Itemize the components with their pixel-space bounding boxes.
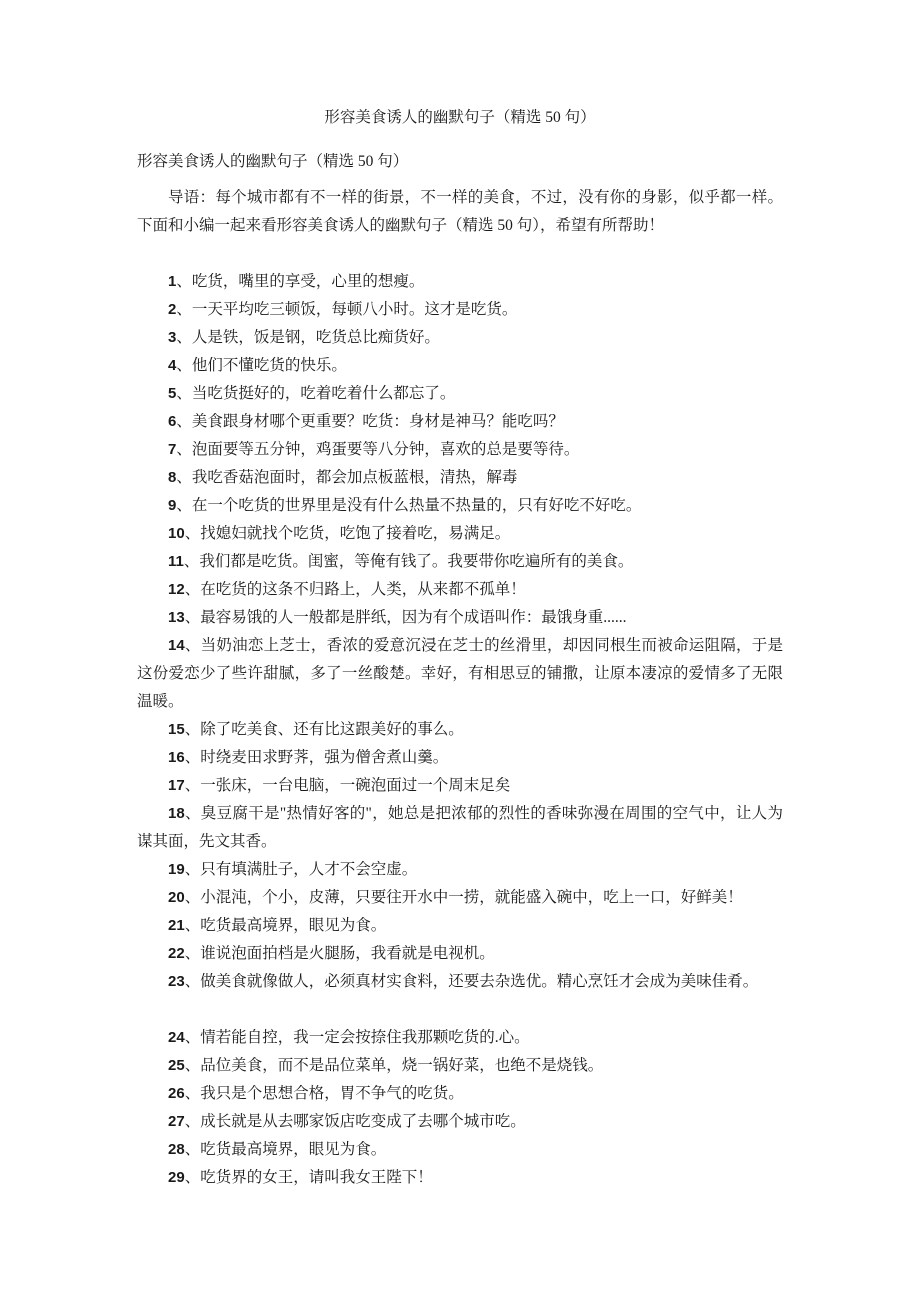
quote-item: 12、在吃货的这条不归路上，人类，从来都不孤单！ <box>137 576 783 604</box>
quote-item-number: 14 <box>168 637 185 654</box>
quote-item-number: 22 <box>168 945 185 962</box>
quote-item: 4、他们不懂吃货的快乐。 <box>137 352 783 380</box>
quote-item: 15、除了吃美食、还有比这跟美好的事么。 <box>137 716 783 744</box>
quote-item-number: 4 <box>168 357 176 374</box>
quote-item-number: 28 <box>168 1141 185 1158</box>
document-page: 形容美食诱人的幽默句子（精选 50 句） 形容美食诱人的幽默句子（精选 50 句… <box>0 0 920 1302</box>
quote-item-number: 23 <box>168 973 185 990</box>
quote-item: 22、谁说泡面拍档是火腿肠，我看就是电视机。 <box>137 940 783 968</box>
quote-item-number: 26 <box>168 1085 185 1102</box>
quote-item: 9、在一个吃货的世界里是没有什么热量不热量的，只有好吃不好吃。 <box>137 492 783 520</box>
quote-item: 14、当奶油恋上芝士，香浓的爱意沉浸在芝士的丝滑里，却因同根生而被命运阻隔，于是… <box>137 632 783 716</box>
quote-item-number: 12 <box>168 581 185 598</box>
quote-item: 28、吃货最高境界，眼见为食。 <box>137 1136 783 1164</box>
quote-item-number: 17 <box>168 777 185 794</box>
quote-item: 8、我吃香菇泡面时，都会加点板蓝根，清热，解毒 <box>137 464 783 492</box>
quote-item-number: 20 <box>168 889 185 906</box>
quote-item-number: 19 <box>168 861 185 878</box>
quote-item-number: 2 <box>168 301 176 318</box>
quote-item-number: 3 <box>168 329 176 346</box>
quote-item: 23、做美食就像做人，必须真材实食料，还要去杂选优。精心烹饪才会成为美味佳肴。 <box>137 968 783 996</box>
quote-item: 29、吃货界的女王，请叫我女王陛下！ <box>137 1164 783 1192</box>
quote-item: 20、小混沌，个小，皮薄，只要往开水中一捞，就能盛入碗中，吃上一口，好鲜美！ <box>137 884 783 912</box>
quote-item: 26、我只是个思想合格，胃不争气的吃货。 <box>137 1080 783 1108</box>
quote-item-number: 25 <box>168 1057 185 1074</box>
quote-item: 1、吃货，嘴里的享受，心里的想瘦。 <box>137 268 783 296</box>
quote-item: 19、只有填满肚子，人才不会空虚。 <box>137 856 783 884</box>
quote-item: 24、情若能自控，我一定会按捺住我那颗吃货的.心。 <box>137 1024 783 1052</box>
quote-item: 6、美食跟身材哪个更重要？吃货：身材是神马？能吃吗？ <box>137 408 783 436</box>
quote-item: 21、吃货最高境界，眼见为食。 <box>137 912 783 940</box>
quote-item: 27、成长就是从去哪家饭店吃变成了去哪个城市吃。 <box>137 1108 783 1136</box>
quote-item: 25、品位美食，而不是品位菜单，烧一锅好菜，也绝不是烧钱。 <box>137 1052 783 1080</box>
quote-item: 10、找媳妇就找个吃货，吃饱了接着吃，易满足。 <box>137 520 783 548</box>
document-subtitle: 形容美食诱人的幽默句子（精选 50 句） <box>137 148 783 176</box>
quote-item-number: 11 <box>168 553 184 570</box>
quote-item-number: 24 <box>168 1029 185 1046</box>
quote-item-number: 27 <box>168 1113 185 1130</box>
quote-item-number: 5 <box>168 385 176 402</box>
intro-paragraph: 导语：每个城市都有不一样的街景，不一样的美食，不过，没有你的身影，似乎都一样。下… <box>137 184 783 240</box>
quote-list: 1、吃货，嘴里的享受，心里的想瘦。2、一天平均吃三顿饭，每顿八小时。这才是吃货。… <box>137 268 783 1192</box>
quote-item: 3、人是铁，饭是钢，吃货总比痴货好。 <box>137 324 783 352</box>
quote-item-number: 6 <box>168 413 176 430</box>
quote-item: 18、臭豆腐干是"热情好客的"，她总是把浓郁的烈性的香味弥漫在周围的空气中，让人… <box>137 800 783 856</box>
quote-item-number: 18 <box>168 805 185 822</box>
quote-item: 2、一天平均吃三顿饭，每顿八小时。这才是吃货。 <box>137 296 783 324</box>
quote-item-number: 8 <box>168 469 176 486</box>
quote-item-number: 15 <box>168 721 185 738</box>
quote-item-number: 16 <box>168 749 185 766</box>
quote-item: 17、一张床，一台电脑，一碗泡面过一个周末足矣 <box>137 772 783 800</box>
quote-item: 5、当吃货挺好的，吃着吃着什么都忘了。 <box>137 380 783 408</box>
quote-item-number: 10 <box>168 525 185 542</box>
quote-item-number: 29 <box>168 1169 185 1186</box>
quote-item-number: 21 <box>168 917 185 934</box>
quote-item-number: 1 <box>168 273 176 290</box>
quote-item-number: 7 <box>168 441 176 458</box>
quote-item: 11、我们都是吃货。闺蜜，等俺有钱了。我要带你吃遍所有的美食。 <box>137 548 783 576</box>
quote-item: 13、最容易饿的人一般都是胖纸，因为有个成语叫作：最饿身重...... <box>137 604 783 632</box>
quote-item: 7、泡面要等五分钟，鸡蛋要等八分钟，喜欢的总是要等待。 <box>137 436 783 464</box>
document-title: 形容美食诱人的幽默句子（精选 50 句） <box>137 104 783 132</box>
quote-item: 16、时绕麦田求野荠，强为僧舍煮山羹。 <box>137 744 783 772</box>
quote-item-number: 13 <box>168 609 185 626</box>
quote-item-number: 9 <box>168 497 176 514</box>
